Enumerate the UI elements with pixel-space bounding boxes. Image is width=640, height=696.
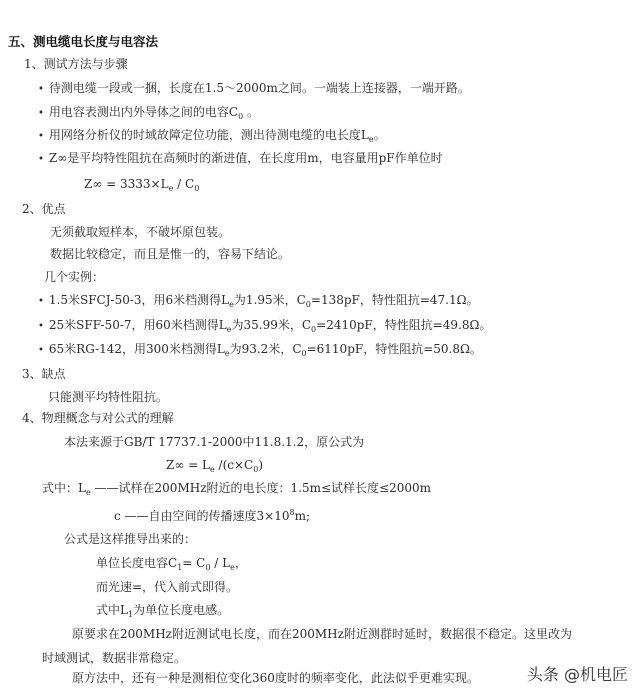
- heading-method: 1、测试方法与步骤: [24, 56, 128, 72]
- heading-advantages: 2、优点: [22, 201, 66, 217]
- text: m;: [295, 509, 310, 523]
- subscript: 0: [194, 184, 199, 193]
- text: ——试样在200MHz附近的电长度：1.5m≤试样长度≤2000m: [91, 481, 431, 495]
- text: =6110pF，特性阻抗=50.8Ω。: [307, 342, 482, 356]
- examples-label: 几个实例：: [44, 269, 104, 285]
- text: =138pF，特性阻抗=47.1Ω。: [311, 293, 479, 307]
- watermark: 头条 @机电匠: [527, 662, 628, 685]
- text: 式中：L: [42, 481, 86, 495]
- where-le: 式中：Le ——试样在200MHz附近的电长度：1.5m≤试样长度≤2000m: [42, 480, 431, 496]
- advantage-2: 数据比较稳定，而且是惟一的，容易下结论。: [50, 246, 290, 262]
- step-2: 用电容表测出内外导体之间的电容C0 。: [38, 104, 259, 122]
- text: 。: [374, 128, 386, 142]
- formula-z-inf: Z∞ = 3333×Le / C0: [84, 176, 199, 192]
- text: 为单位长度电感。: [133, 603, 229, 617]
- derivation-1: 单位长度电容C1= C0 / Le，: [96, 555, 247, 571]
- heading-physics: 4、物理概念与对公式的理解: [22, 410, 174, 426]
- derivation-3: 式中L1为单位长度电感。: [96, 602, 229, 618]
- formula-original: Z∞ = Le /(c×C0): [166, 457, 263, 473]
- text: / C: [173, 177, 194, 191]
- text: 用电容表测出内外导体之间的电容C: [49, 105, 238, 119]
- text: c ——自由空间的传播速度3×10: [114, 509, 290, 523]
- text: 。: [243, 105, 259, 119]
- text: = C: [182, 556, 205, 570]
- text: ): [258, 458, 263, 472]
- text: 单位长度电容C: [96, 556, 177, 570]
- text: 65米RG-142，用300米档测得L: [49, 342, 225, 356]
- text: 用网络分析仪的时域故障定位功能，测出待测电缆的电长度L: [49, 128, 369, 142]
- section-title: 五、测电缆电长度与电容法: [8, 34, 158, 50]
- text: 为35.99米，C: [232, 318, 312, 332]
- text: 为93.2米，C: [230, 342, 302, 356]
- text: /(c×C: [215, 458, 254, 472]
- where-c: c ——自由空间的传播速度3×108m;: [114, 508, 310, 524]
- step-3: 用网络分析仪的时域故障定位功能，测出待测电缆的电长度Le。: [38, 127, 386, 145]
- conclusion-paragraph-1: 原要求在200MHz附近测试电长度，而在200MHz附近测群时延时，数据很不稳定…: [42, 622, 582, 670]
- derivation-2: 而光速=，代入前式即得。: [96, 579, 238, 595]
- text: ，: [235, 556, 247, 570]
- conclusion-paragraph-2: 原方法中，还有一种是测相位变化360度时的频率变化，此法似乎更难实现。: [72, 670, 479, 686]
- text: Z∞ = 3333×L: [84, 177, 169, 191]
- text: / L: [210, 556, 230, 570]
- heading-disadvantages: 3、缺点: [22, 366, 66, 382]
- source-note: 本法来源于GB/T 17737.1-2000中11.8.1.2，原公式为: [64, 434, 364, 450]
- example-1: 1.5米SFCJ-50-3，用6米档测得Le为1.95米，C0=138pF，特性…: [38, 292, 479, 310]
- text: 式中L: [96, 603, 128, 617]
- advantage-1: 无须截取短样本，不破坏原包装。: [50, 224, 230, 240]
- text: =2410pF，特性阻抗=49.8Ω。: [316, 318, 491, 332]
- example-3: 65米RG-142，用300米档测得Le为93.2米，C0=6110pF，特性阻…: [38, 341, 482, 359]
- example-2: 25米SFF-50-7，用60米档测得Le为35.99米，C0=2410pF，特…: [38, 317, 491, 335]
- step-4: Z∞是平均特性阻抗在高频时的渐进值，在长度用m，电容量用pF作单位时: [38, 150, 443, 168]
- disadvantage-1: 只能测平均特性阻抗。: [48, 389, 168, 405]
- text: 25米SFF-50-7，用60米档测得L: [49, 318, 227, 332]
- derivation-intro: 公式是这样推导出来的：: [64, 531, 196, 547]
- text: Z∞ = L: [166, 458, 210, 472]
- step-1: 待测电缆一段或一捆，长度在1.5～2000m之间。一端装上连接器，一端开路。: [38, 80, 470, 98]
- text: 为1.95米，C: [234, 293, 306, 307]
- text: 1.5米SFCJ-50-3，用6米档测得L: [49, 293, 229, 307]
